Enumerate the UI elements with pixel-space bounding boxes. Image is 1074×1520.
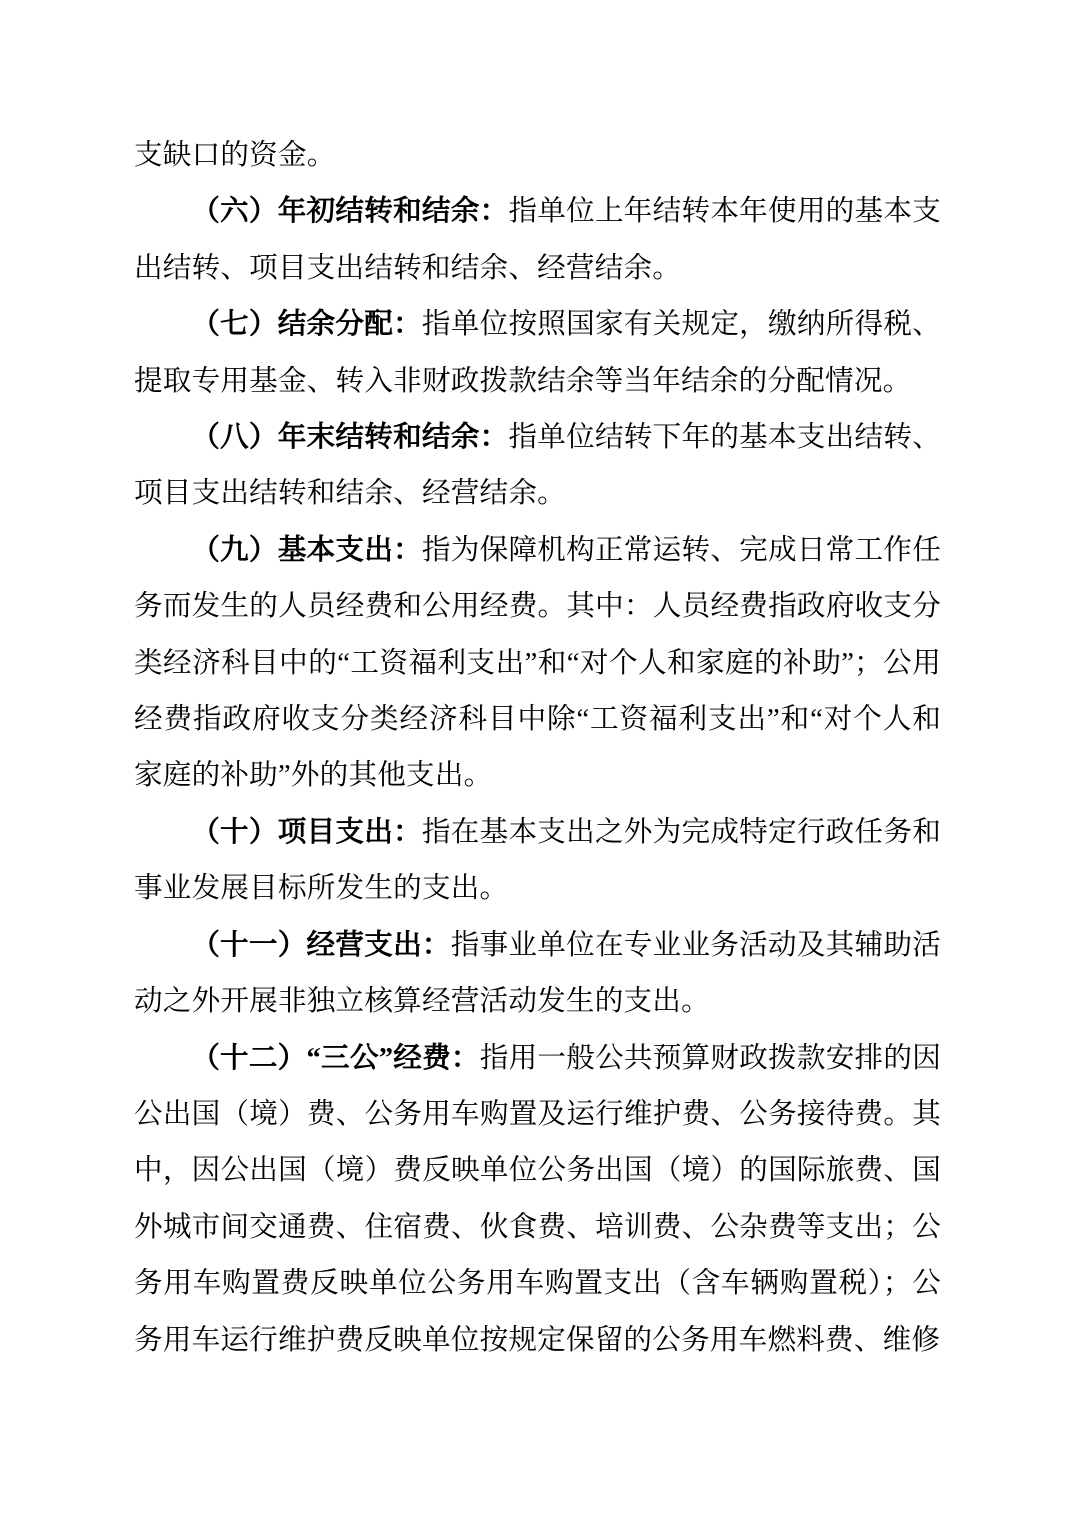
- definition-text-9: 指为保障机构正常运转、完成日常工作任务而发生的人员经费和公用经费。其中：人员经费…: [134, 535, 941, 792]
- paragraph-6: （六）年初结转和结余：指单位上年结转本年使用的基本支出结转、项目支出结转和结余、…: [134, 184, 941, 297]
- paragraph-8: （八）年末结转和结余：指单位结转下年的基本支出结转、项目支出结转和结余、经营结余…: [134, 410, 941, 523]
- paragraph-12: （十二）“三公”经费：指用一般公共预算财政拨款安排的因公出国（境）费、公务用车购…: [134, 1031, 941, 1369]
- paragraph-11: （十一）经营支出：指事业单位在专业业务活动及其辅助活动之外开展非独立核算经营活动…: [134, 918, 941, 1031]
- term-label-8: （八）年末结转和结余：: [191, 422, 508, 453]
- text-block: 支缺口的资金。 （六）年初结转和结余：指单位上年结转本年使用的基本支出结转、项目…: [134, 128, 941, 1369]
- term-label-7: （七）结余分配：: [191, 309, 422, 340]
- term-label-10: （十）项目支出：: [191, 817, 422, 848]
- definition-text-12: 指用一般公共预算财政拨款安排的因公出国（境）费、公务用车购置及运行维护费、公务接…: [134, 1043, 941, 1356]
- term-label-6: （六）年初结转和结余：: [191, 196, 508, 227]
- term-label-11: （十一）经营支出：: [191, 930, 451, 961]
- term-label-9: （九）基本支出：: [191, 535, 422, 566]
- paragraph-10: （十）项目支出：指在基本支出之外为完成特定行政任务和事业发展目标所发生的支出。: [134, 805, 941, 918]
- continuation-line: 支缺口的资金。: [134, 128, 941, 184]
- term-label-12: （十二）“三公”经费：: [191, 1043, 480, 1074]
- paragraph-7: （七）结余分配：指单位按照国家有关规定，缴纳所得税、提取专用基金、转入非财政拨款…: [134, 297, 941, 410]
- document-page: 支缺口的资金。 （六）年初结转和结余：指单位上年结转本年使用的基本支出结转、项目…: [0, 0, 1074, 1520]
- continuation-text: 支缺口的资金。: [134, 140, 336, 171]
- paragraph-9: （九）基本支出：指为保障机构正常运转、完成日常工作任务而发生的人员经费和公用经费…: [134, 523, 941, 805]
